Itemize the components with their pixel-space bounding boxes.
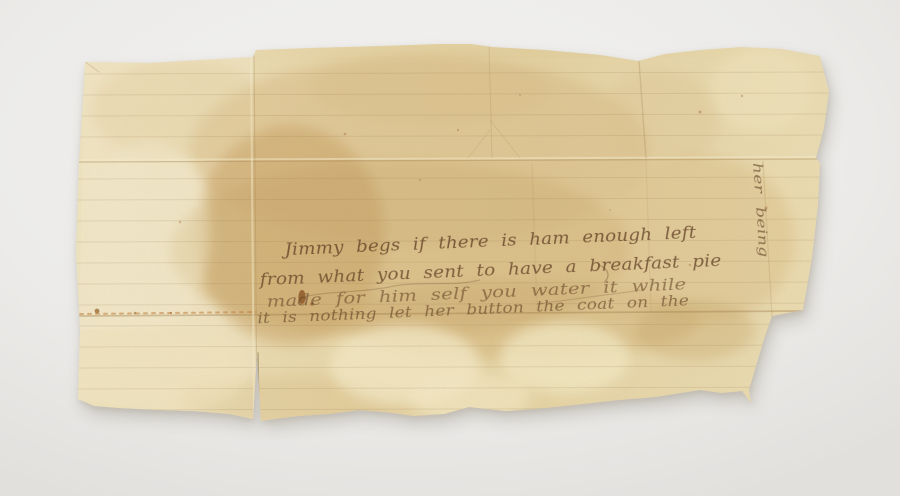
letter-photograph: Jimmy begs if there is ham enough left f… (0, 0, 900, 496)
photo-canvas: Jimmy begs if there is ham enough left f… (0, 0, 900, 496)
paper-grain-texture (60, 30, 850, 440)
